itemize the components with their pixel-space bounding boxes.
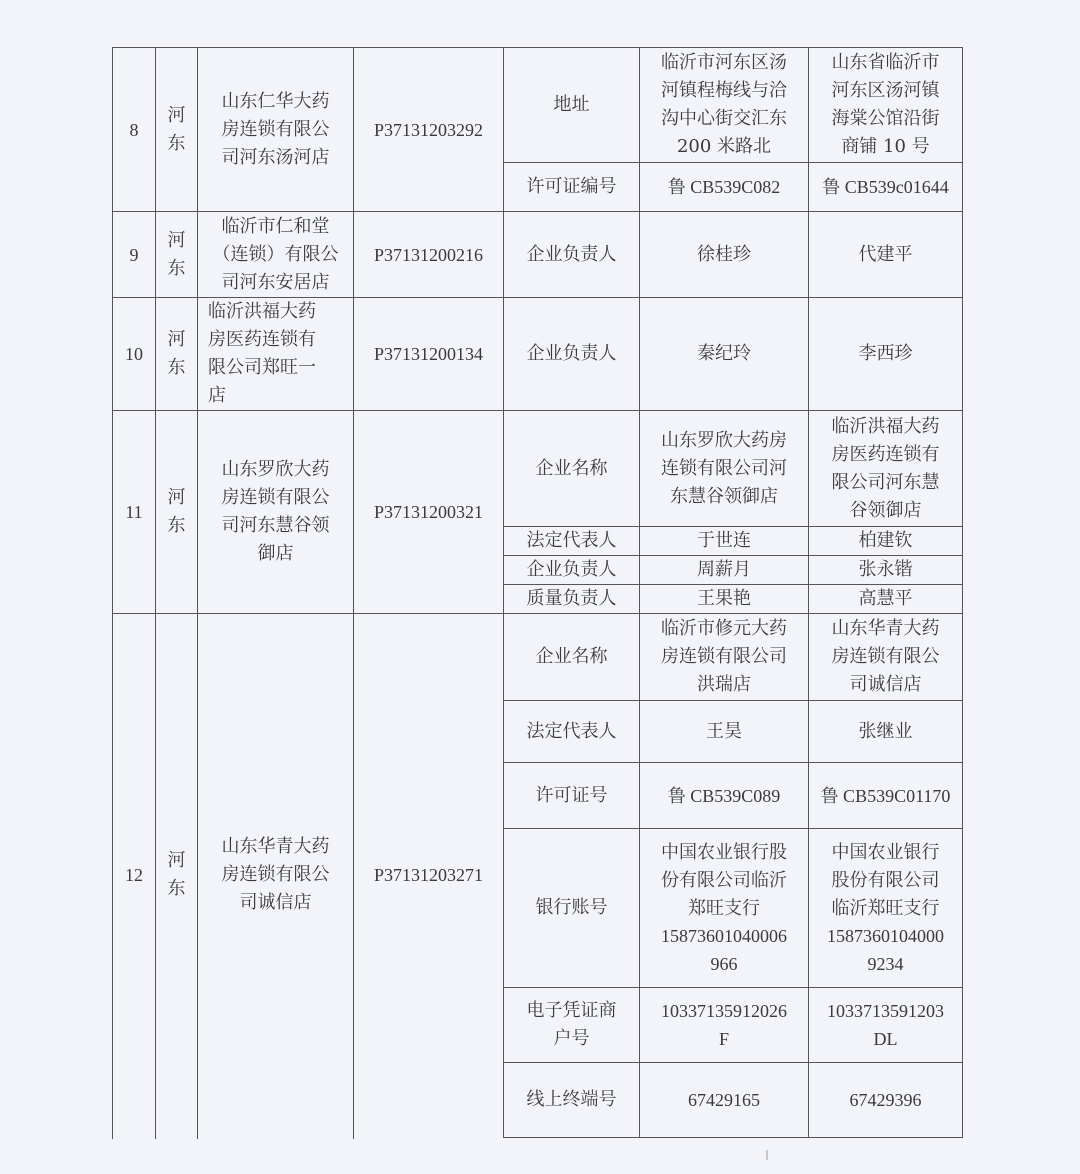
- document-page: 8 河 东 山东仁华大药 房连锁有限公 司河东汤河店 P37131203292 …: [0, 0, 1080, 1174]
- after-value-cell: 临沂洪福大药 房医药连锁有 限公司河东慧 谷领御店: [808, 410, 963, 527]
- change-item-cell: 地址: [503, 47, 640, 163]
- district-cell: 河 东: [155, 297, 198, 411]
- change-item-cell: 企业名称: [503, 613, 640, 701]
- before-value-cell: 临沂市河东区汤 河镇程梅线与洽 沟中心街交汇东 200 米路北: [639, 47, 809, 163]
- code-cell: P37131203271: [353, 613, 504, 1137]
- table-border: [197, 613, 198, 1139]
- table-border: [353, 613, 354, 1139]
- after-value-cell: 山东省临沂市 河东区汤河镇 海棠公馆沿街 商铺 10 号: [808, 47, 963, 163]
- before-value-cell: 秦纪玲: [639, 297, 809, 411]
- code-cell: P37131203292: [353, 47, 504, 212]
- code-cell: P37131200134: [353, 297, 504, 411]
- change-item-cell: 法定代表人: [503, 700, 640, 763]
- after-value-cell: 1033713591203 DL: [808, 987, 963, 1063]
- code-cell: P37131200321: [353, 410, 504, 614]
- before-value-cell: 徐桂珍: [639, 211, 809, 298]
- change-item-cell: 电子凭证商 户号: [503, 987, 640, 1063]
- change-item-cell: 质量负责人: [503, 584, 640, 614]
- seq-cell: 9: [112, 211, 156, 298]
- before-value-cell: 中国农业银行股 份有限公司临沂 郑旺支行 15873601040006 966: [639, 828, 809, 988]
- seq-cell: 11: [112, 410, 156, 614]
- after-value-cell: 中国农业银行 股份有限公司 临沂郑旺支行 1587360104000 9234: [808, 828, 963, 988]
- change-item-cell: 许可证号: [503, 762, 640, 829]
- before-value-cell: 山东罗欣大药房 连锁有限公司河 东慧谷领御店: [639, 410, 809, 527]
- before-value-cell: 鲁 CB539C089: [639, 762, 809, 829]
- seq-cell: 8: [112, 47, 156, 212]
- district-cell: 河 东: [155, 410, 198, 614]
- after-value-cell: 高慧平: [808, 584, 963, 614]
- scan-artifact: [766, 1150, 768, 1160]
- after-value-cell: 鲁 CB539c01644: [808, 162, 963, 212]
- after-value-cell: 张继业: [808, 700, 963, 763]
- code-cell: P37131200216: [353, 211, 504, 298]
- store-name-cell: 山东华青大药 房连锁有限公 司诚信店: [197, 613, 354, 1137]
- change-item-cell: 企业负责人: [503, 211, 640, 298]
- change-item-cell: 企业负责人: [503, 555, 640, 585]
- before-value-cell: 王果艳: [639, 584, 809, 614]
- after-value-cell: 鲁 CB539C01170: [808, 762, 963, 829]
- before-value-cell: 于世连: [639, 526, 809, 556]
- table-border: [155, 613, 156, 1139]
- change-item-cell: 法定代表人: [503, 526, 640, 556]
- before-value-cell: 67429165: [639, 1062, 809, 1138]
- after-value-cell: 张永锴: [808, 555, 963, 585]
- change-item-cell: 企业负责人: [503, 297, 640, 411]
- change-item-cell: 银行账号: [503, 828, 640, 988]
- after-value-cell: 代建平: [808, 211, 963, 298]
- seq-cell: 12: [112, 613, 156, 1137]
- district-cell: 河 东: [155, 211, 198, 298]
- after-value-cell: 67429396: [808, 1062, 963, 1138]
- store-name-cell: 临沂市仁和堂 （连锁）有限公 司河东安居店: [197, 211, 354, 298]
- before-value-cell: 鲁 CB539C082: [639, 162, 809, 212]
- before-value-cell: 10337135912026 F: [639, 987, 809, 1063]
- district-cell: 河 东: [155, 613, 198, 1137]
- before-value-cell: 临沂市修元大药 房连锁有限公司 洪瑞店: [639, 613, 809, 701]
- district-cell: 河 东: [155, 47, 198, 212]
- before-value-cell: 王昊: [639, 700, 809, 763]
- table-border: [112, 613, 113, 1139]
- store-name-cell: 临沂洪福大药 房医药连锁有 限公司郑旺一 店: [197, 297, 354, 411]
- after-value-cell: 柏建钦: [808, 526, 963, 556]
- after-value-cell: 李西珍: [808, 297, 963, 411]
- before-value-cell: 周薪月: [639, 555, 809, 585]
- change-item-cell: 线上终端号: [503, 1062, 640, 1138]
- change-item-cell: 企业名称: [503, 410, 640, 527]
- change-item-cell: 许可证编号: [503, 162, 640, 212]
- after-value-cell: 山东华青大药 房连锁有限公 司诚信店: [808, 613, 963, 701]
- store-name-cell: 山东仁华大药 房连锁有限公 司河东汤河店: [197, 47, 354, 212]
- store-name-cell: 山东罗欣大药 房连锁有限公 司河东慧谷领 御店: [197, 410, 354, 614]
- seq-cell: 10: [112, 297, 156, 411]
